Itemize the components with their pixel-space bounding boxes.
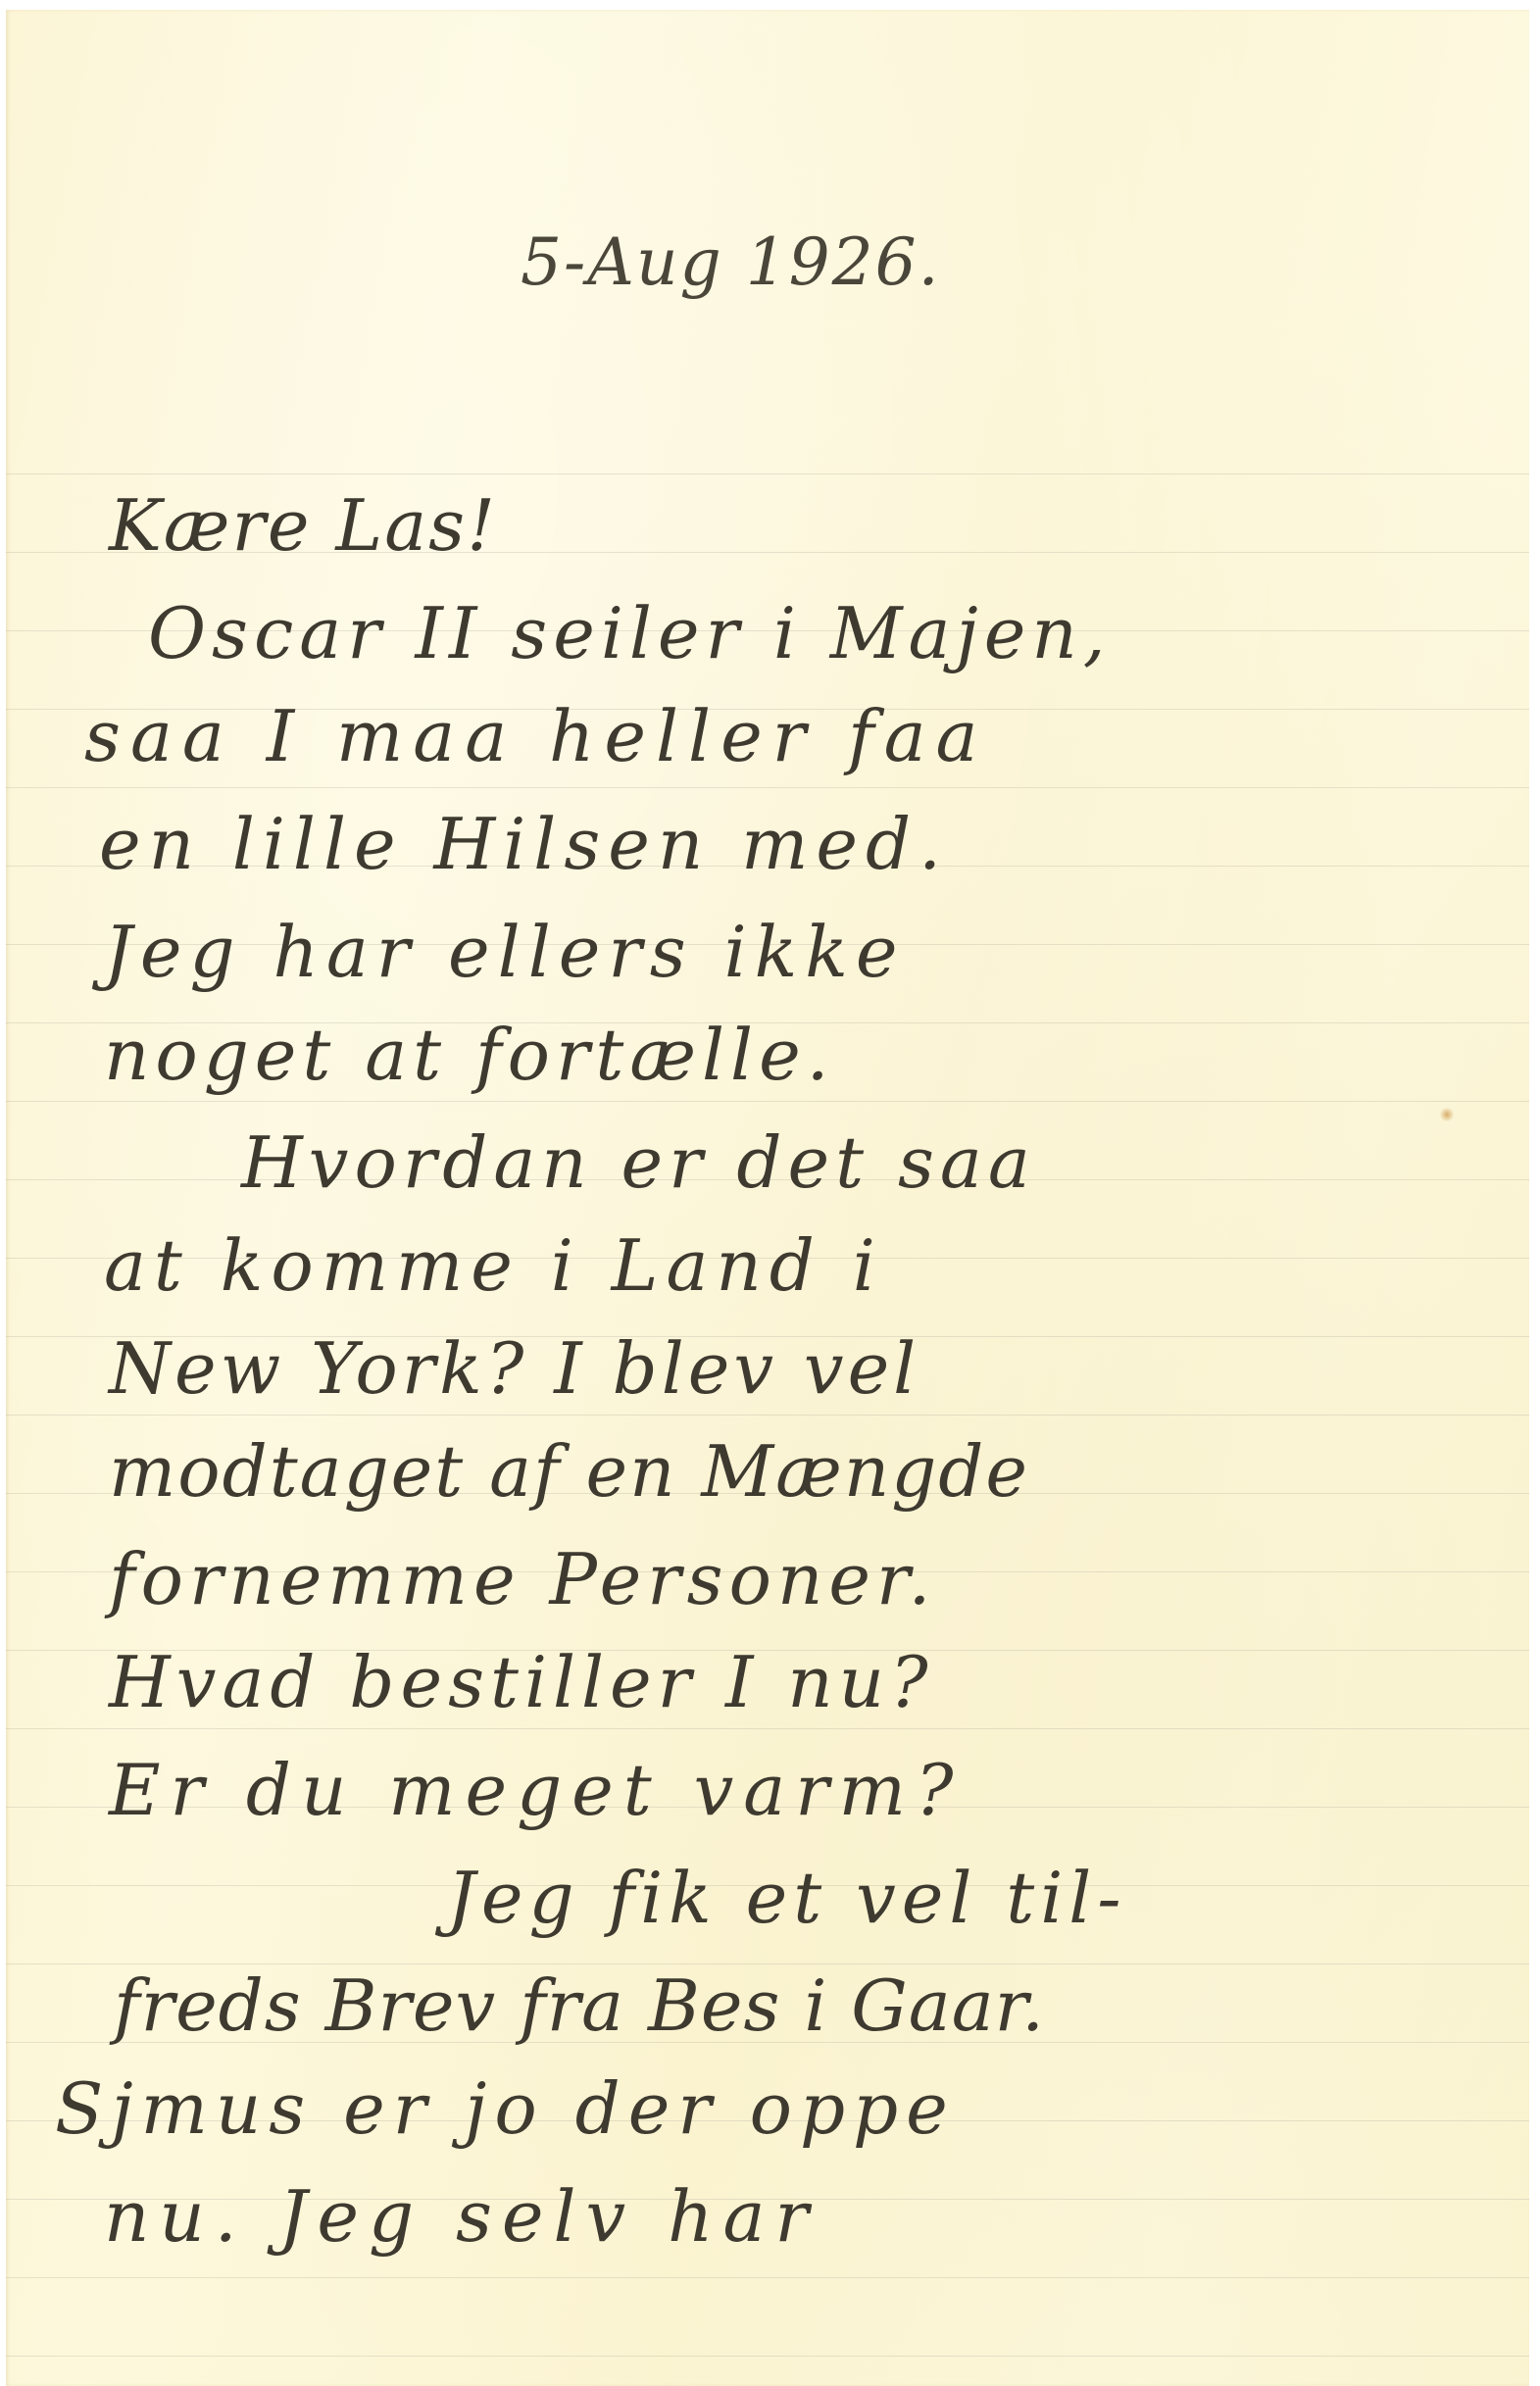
letter-paper: 5-Aug 1926. Kære Las! Oscar II seiler i …	[6, 10, 1529, 2386]
ruled-line	[6, 473, 1529, 474]
letter-salutation: Kære Las!	[109, 490, 497, 561]
letter-line: fornemme Personer.	[109, 1544, 936, 1615]
ruled-line	[6, 2277, 1529, 2278]
letter-line: New York? I blev vel	[109, 1333, 919, 1404]
letter-line: Hvad bestiller I nu?	[109, 1647, 934, 1717]
letter-date: 5-Aug 1926.	[521, 230, 941, 295]
letter-line: Sjmus er jo der oppe	[55, 2073, 956, 2144]
letter-line: freds Brev fra Bes i Gaar.	[114, 1970, 1045, 2041]
letter-line: nu. Jeg selv har	[104, 2181, 819, 2252]
rust-stain	[1439, 1108, 1455, 1121]
letter-line: Oscar II seiler i Majen,	[148, 598, 1112, 669]
letter-line: at komme i Land i	[104, 1230, 883, 1301]
ruled-line	[6, 1101, 1529, 1102]
letter-line: modtaget af en Mængde	[109, 1436, 1029, 1507]
letter-line: Jeg fik et vel til-	[447, 1863, 1127, 1933]
letter-line: saa I maa heller faa	[84, 701, 987, 771]
ruled-line	[6, 1415, 1529, 1416]
ruled-line	[6, 787, 1529, 788]
letter-line: Jeg har ellers ikke	[104, 917, 905, 987]
letter-line: Er du meget varm?	[109, 1755, 964, 1825]
ruled-line	[6, 2356, 1529, 2357]
letter-line: noget at fortælle.	[104, 1019, 835, 1090]
ruled-line	[6, 1728, 1529, 1729]
letter-line: Hvordan er det saa	[241, 1127, 1036, 1198]
letter-line: en lille Hilsen med.	[99, 809, 949, 879]
